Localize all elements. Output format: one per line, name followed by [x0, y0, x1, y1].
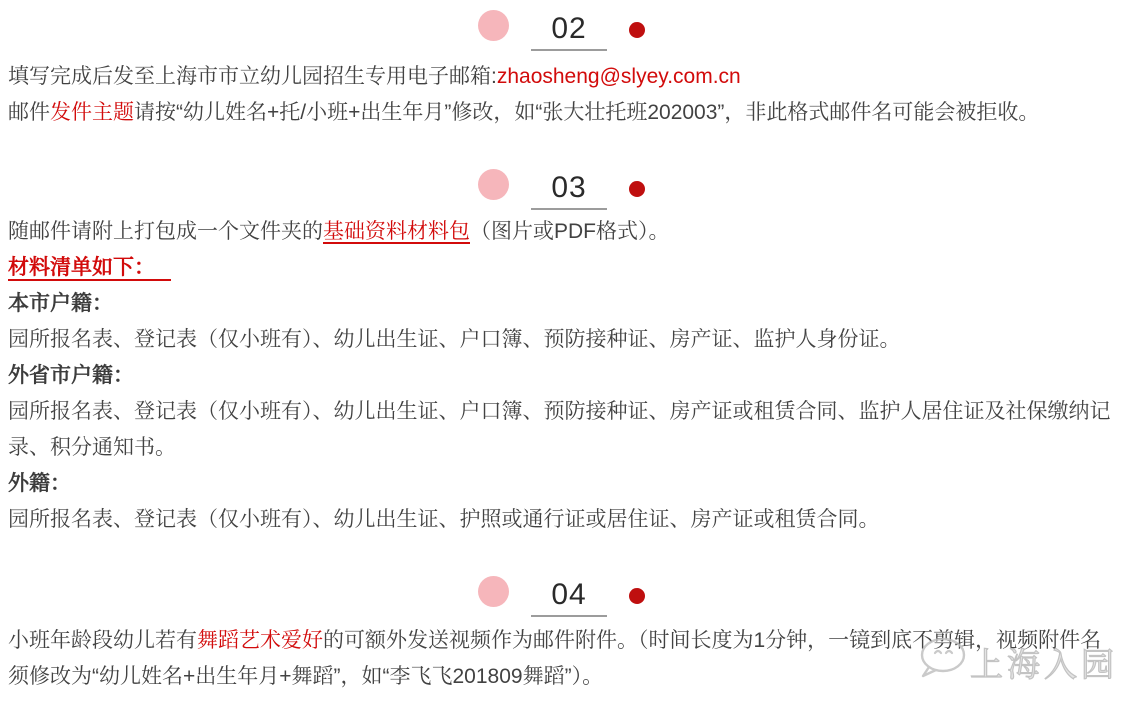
group-heading-other-province: 外省市户籍： — [8, 358, 1115, 394]
red-dot-icon — [629, 22, 645, 38]
group-items-other-province: 园所报名表、登记表（仅小班有）、幼儿出生证、户口簿、预防接种证、房产证或租赁合同… — [8, 394, 1115, 466]
section-number: 04 — [551, 578, 586, 611]
subject-format-line: 邮件发件主题请按“幼儿姓名+托/小班+出生年月”修改，如“张大壮托班202003… — [8, 95, 1115, 131]
article-page: 02 填写完成后发至上海市市立幼儿园招生专用电子邮箱:zhaosheng@sly… — [0, 0, 1123, 711]
section-number-block: 04 — [531, 578, 607, 617]
attachment-suffix-text: （图片或PDF格式）。 — [470, 220, 670, 243]
pink-circle-icon — [478, 576, 509, 607]
section-marker-02: 02 — [8, 0, 1115, 51]
group-items-foreign: 园所报名表、登记表（仅小班有）、幼儿出生证、护照或通行证或居住证、房产证或租赁合… — [8, 502, 1115, 538]
section-03-body: 随邮件请附上打包成一个文件夹的基础资料材料包（图片或PDF格式）。 材料清单如下… — [8, 214, 1115, 538]
section-marker-03: 03 — [8, 171, 1115, 210]
red-dot-icon — [629, 588, 645, 604]
email-address: zhaosheng@slyey.com.cn — [497, 65, 741, 88]
section-number: 02 — [551, 12, 586, 45]
section-02-body: 填写完成后发至上海市市立幼儿园招生专用电子邮箱:zhaosheng@slyey.… — [8, 59, 1115, 131]
dance-highlight-text: 舞蹈艺术爱好 — [197, 629, 323, 652]
attachment-line: 随邮件请附上打包成一个文件夹的基础资料材料包（图片或PDF格式）。 — [8, 214, 1115, 250]
section-number-underline — [531, 208, 607, 210]
group-heading-foreign: 外籍： — [8, 466, 1115, 502]
group-heading-local: 本市户籍： — [8, 286, 1115, 322]
section-04-body: 小班年龄段幼儿若有舞蹈艺术爱好的可额外发送视频作为邮件附件。（时间长度为1分钟，… — [8, 623, 1115, 695]
materials-list-title-line: 材料清单如下： — [8, 250, 1115, 286]
section-marker-04: 04 — [8, 578, 1115, 617]
materials-package-highlight: 基础资料材料包 — [323, 220, 470, 243]
materials-list-title: 材料清单如下： — [8, 256, 171, 281]
attachment-prefix-text: 随邮件请附上打包成一个文件夹的 — [8, 220, 323, 243]
pink-circle-icon — [478, 10, 509, 41]
subject-rest-text: 请按“幼儿姓名+托/小班+出生年月”修改，如“张大壮托班202003”，非此格式… — [134, 101, 1039, 124]
section-number-underline — [531, 49, 607, 51]
subject-prefix-text: 邮件 — [8, 101, 50, 124]
article-content: 02 填写完成后发至上海市市立幼儿园招生专用电子邮箱:zhaosheng@sly… — [0, 0, 1123, 695]
video-prefix-text: 小班年龄段幼儿若有 — [8, 629, 197, 652]
email-instruction-text: 填写完成后发至上海市市立幼儿园招生专用电子邮箱: — [8, 65, 497, 88]
subject-highlight-text: 发件主题 — [50, 101, 134, 124]
email-instruction-line: 填写完成后发至上海市市立幼儿园招生专用电子邮箱:zhaosheng@slyey.… — [8, 59, 1115, 95]
section-number: 03 — [551, 171, 586, 204]
section-number-underline — [531, 615, 607, 617]
section-number-block: 03 — [531, 171, 607, 210]
video-instruction-line: 小班年龄段幼儿若有舞蹈艺术爱好的可额外发送视频作为邮件附件。（时间长度为1分钟，… — [8, 623, 1115, 695]
group-items-local: 园所报名表、登记表（仅小班有）、幼儿出生证、户口簿、预防接种证、房产证、监护人身… — [8, 322, 1115, 358]
section-number-block: 02 — [531, 12, 607, 51]
red-dot-icon — [629, 181, 645, 197]
pink-circle-icon — [478, 169, 509, 200]
